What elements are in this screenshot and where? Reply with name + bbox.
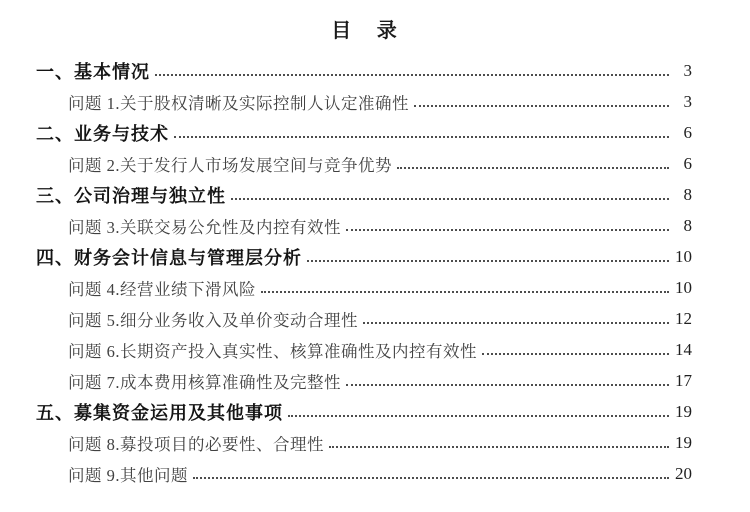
toc-page-number: 8 xyxy=(672,185,692,205)
toc-entry-label: 问题 4.经营业绩下滑风险 xyxy=(68,276,256,300)
toc-entry-question-4: 问题 4.经营业绩下滑风险 10 xyxy=(36,272,692,303)
toc-entry-question-6: 问题 6.长期资产投入真实性、核算准确性及内控有效性 14 xyxy=(36,334,692,365)
toc-page-number: 6 xyxy=(672,154,692,174)
toc-page-number: 6 xyxy=(672,123,692,143)
dot-leader xyxy=(193,477,669,479)
dot-leader xyxy=(346,384,669,386)
toc-page-number: 10 xyxy=(672,247,692,267)
toc-entry-label: 问题 3.关联交易公允性及内控有效性 xyxy=(68,214,341,238)
toc-entry-section-2: 二、业务与技术 6 xyxy=(36,117,692,148)
toc-entry-label: 问题 9.其他问题 xyxy=(68,462,188,486)
toc-entry-question-9: 问题 9.其他问题 20 xyxy=(36,458,692,489)
toc-entry-label: 问题 6.长期资产投入真实性、核算准确性及内控有效性 xyxy=(68,338,477,362)
toc-entry-label: 问题 8.募投项目的必要性、合理性 xyxy=(68,431,324,455)
toc-entry-section-5: 五、募集资金运用及其他事项 19 xyxy=(36,396,692,427)
toc-page-number: 20 xyxy=(672,464,692,484)
toc-entry-label: 四、财务会计信息与管理层分析 xyxy=(36,244,302,270)
toc-entry-label: 一、基本情况 xyxy=(36,58,150,84)
toc-entry-question-1: 问题 1.关于股权清晰及实际控制人认定准确性 3 xyxy=(36,86,692,117)
toc-entry-question-5: 问题 5.细分业务收入及单价变动合理性 12 xyxy=(36,303,692,334)
dot-leader xyxy=(307,260,669,262)
dot-leader xyxy=(363,322,669,324)
dot-leader xyxy=(231,198,669,200)
toc-entry-section-1: 一、基本情况 3 xyxy=(36,55,692,86)
toc-entry-question-7: 问题 7.成本费用核算准确性及完整性 17 xyxy=(36,365,692,396)
toc-page-number: 19 xyxy=(672,433,692,453)
dot-leader xyxy=(155,74,669,76)
dot-leader xyxy=(397,167,669,169)
dot-leader xyxy=(174,136,669,138)
toc-entry-question-8: 问题 8.募投项目的必要性、合理性 19 xyxy=(36,427,692,458)
dot-leader xyxy=(288,415,669,417)
toc-page-number: 3 xyxy=(672,61,692,81)
toc-page-number: 8 xyxy=(672,216,692,236)
document-page: 目 录 一、基本情况 3 问题 1.关于股权清晰及实际控制人认定准确性 3 二、… xyxy=(0,0,750,512)
toc-page-number: 10 xyxy=(672,278,692,298)
toc-entry-section-3: 三、公司治理与独立性 8 xyxy=(36,179,692,210)
toc-entry-label: 问题 2.关于发行人市场发展空间与竞争优势 xyxy=(68,152,392,176)
toc-page-number: 19 xyxy=(672,402,692,422)
toc-entry-label: 三、公司治理与独立性 xyxy=(36,182,226,208)
toc-entry-label: 二、业务与技术 xyxy=(36,120,169,146)
toc-page-number: 14 xyxy=(672,340,692,360)
toc-entry-section-4: 四、财务会计信息与管理层分析 10 xyxy=(36,241,692,272)
toc-entry-label: 五、募集资金运用及其他事项 xyxy=(36,399,283,425)
dot-leader xyxy=(414,105,669,107)
dot-leader xyxy=(346,229,669,231)
toc-entry-question-3: 问题 3.关联交易公允性及内控有效性 8 xyxy=(36,210,692,241)
toc-list: 一、基本情况 3 问题 1.关于股权清晰及实际控制人认定准确性 3 二、业务与技… xyxy=(36,55,692,489)
toc-entry-question-2: 问题 2.关于发行人市场发展空间与竞争优势 6 xyxy=(36,148,692,179)
dot-leader xyxy=(329,446,669,448)
toc-entry-label: 问题 1.关于股权清晰及实际控制人认定准确性 xyxy=(68,90,409,114)
toc-entry-label: 问题 7.成本费用核算准确性及完整性 xyxy=(68,369,341,393)
toc-entry-label: 问题 5.细分业务收入及单价变动合理性 xyxy=(68,307,358,331)
toc-page-number: 3 xyxy=(672,92,692,112)
page-title: 目 录 xyxy=(36,14,692,43)
toc-page-number: 12 xyxy=(672,309,692,329)
toc-page-number: 17 xyxy=(672,371,692,391)
dot-leader xyxy=(261,291,669,293)
dot-leader xyxy=(482,353,669,355)
